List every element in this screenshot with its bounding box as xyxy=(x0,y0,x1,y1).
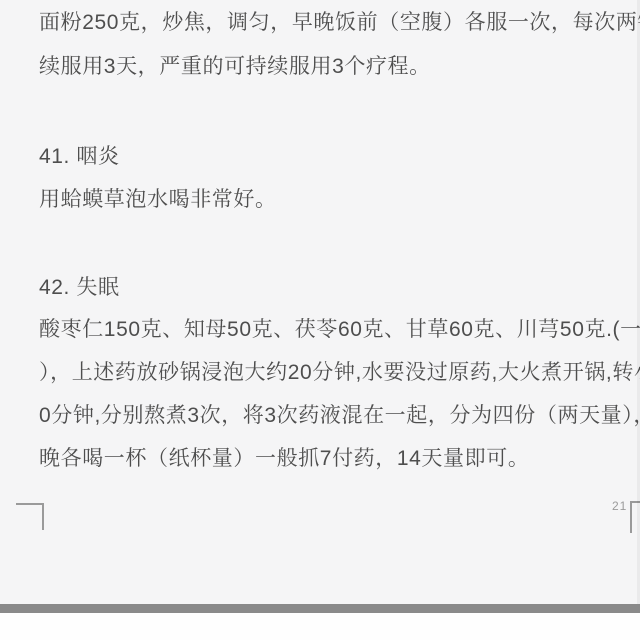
body-text-line: ），上述药放砂锅浸泡大约20分钟,水要没过原药,大火煮开锅,转小火煮2 xyxy=(39,351,640,394)
reader-bottom-strip xyxy=(0,613,640,640)
reader-page: 面粉250克，炒焦，调匀，早晚饭前（空腹）各服一次，每次两钱。持 续服用3天，严… xyxy=(0,0,640,640)
body-text-line: 晚各喝一杯（纸杯量）一般抓7付药，14天量即可。 xyxy=(39,437,640,480)
body-text-line: 续服用3天，严重的可持续服用3个疗程。 xyxy=(39,45,640,88)
body-text-line: 用蛤蟆草泡水喝非常好。 xyxy=(39,178,640,221)
body-text-line: 0分钟,分别熬煮3次，将3次药液混在一起，分为四份（两天量），早 xyxy=(39,394,640,437)
crop-corner-left-icon xyxy=(16,503,44,530)
body-text-line: 面粉250克，炒焦，调匀，早晚饭前（空腹）各服一次，每次两钱。持 xyxy=(39,1,640,44)
section-heading-42: 42. 失眠 xyxy=(39,266,120,309)
reader-divider-bar xyxy=(0,604,640,613)
body-text-line: 酸枣仁150克、知母50克、茯苓60克、甘草60克、川芎50克.(一副药量 xyxy=(39,308,640,351)
page-number: 21 xyxy=(612,499,627,513)
section-heading-41: 41. 咽炎 xyxy=(39,135,120,178)
